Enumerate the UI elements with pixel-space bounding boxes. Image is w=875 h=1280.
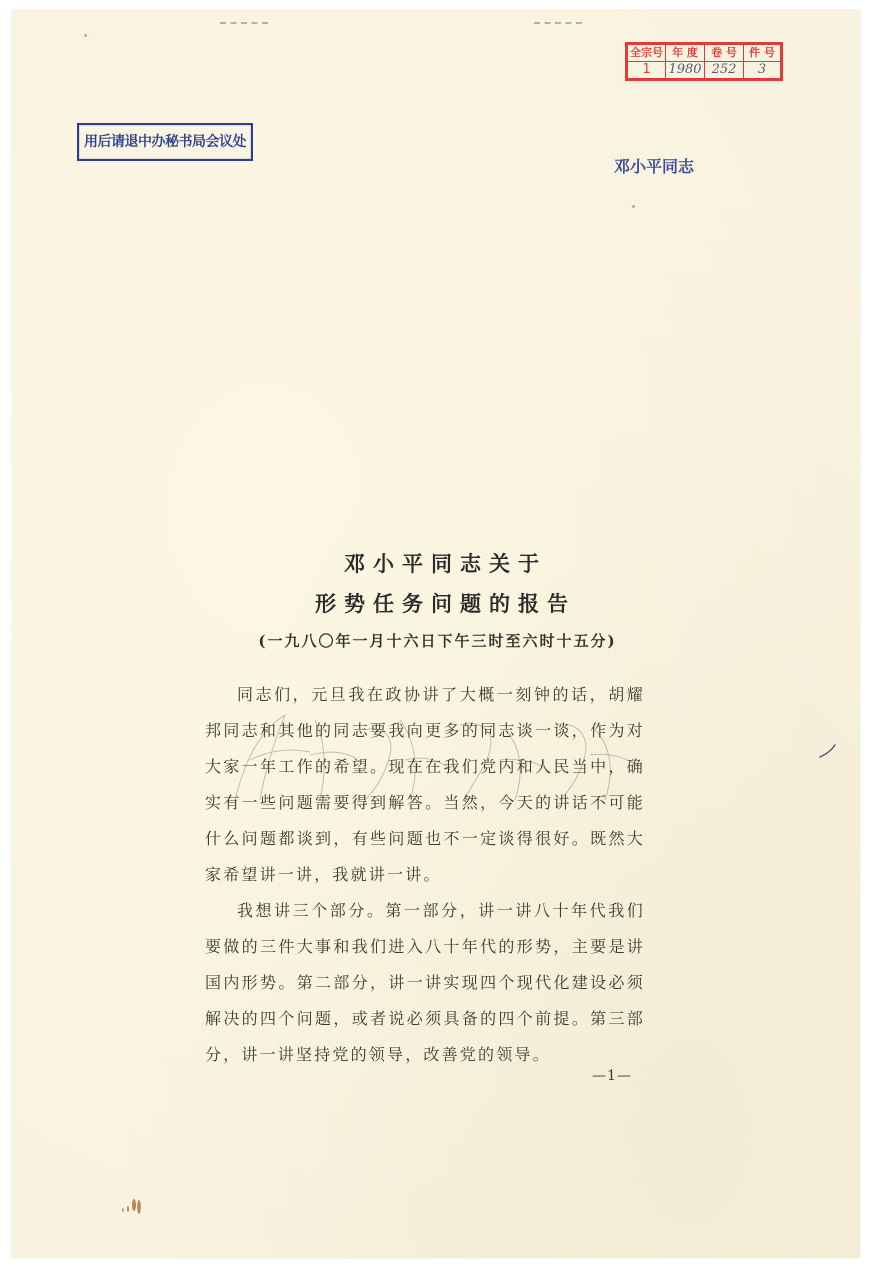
return-instruction-stamp: 用后请退中办秘书局会议处 [77, 123, 253, 161]
archive-header-item: 件 号 [744, 45, 781, 62]
staple-mark-left [220, 22, 268, 27]
document-body: 同志们，元旦我在政协讲了大概一刻钟的话，胡耀邦同志和其他的同志要我向更多的同志谈… [205, 677, 645, 1073]
page-number: —1— [592, 1068, 632, 1084]
document-title-line-1: 邓小平同志关于 [0, 548, 875, 578]
body-paragraph: 我想讲三个部分。第一部分，讲一讲八十年代我们要做的三件大事和我们进入八十年代的形… [205, 893, 645, 1073]
body-paragraph: 同志们，元旦我在政协讲了大概一刻钟的话，胡耀邦同志和其他的同志要我向更多的同志谈… [205, 677, 645, 893]
paper-spot [84, 34, 87, 37]
staple-mark-right [534, 22, 582, 27]
archive-value-year: 1980 [666, 62, 705, 79]
paper-spot [632, 205, 635, 208]
archive-header-fonds: 全宗号 [628, 45, 666, 62]
archive-value-volume: 252 [705, 62, 744, 79]
pen-stroke-mark [818, 743, 838, 759]
archive-header-year: 年 度 [666, 45, 705, 62]
archive-value-fonds: 1 [628, 62, 666, 79]
rust-stain [118, 1195, 148, 1217]
archive-value-item: 3 [744, 62, 781, 79]
addressee-stamp: 邓小平同志 [614, 154, 694, 177]
document-title-line-2: 形势任务问题的报告 [0, 588, 875, 618]
archive-number-stamp: 全宗号 年 度 卷 号 件 号 1 1980 252 3 [625, 42, 783, 81]
archive-header-volume: 卷 号 [705, 45, 744, 62]
document-date-line: (一九八〇年一月十六日下午三时至六时十五分) [0, 630, 875, 651]
